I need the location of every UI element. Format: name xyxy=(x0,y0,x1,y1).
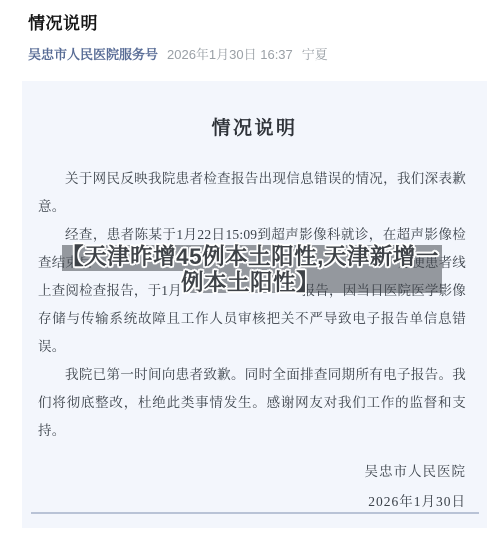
statement-line: 持。 xyxy=(38,417,466,445)
statement-line: 关于网民反映我院患者检查报告出现信息错误的情况，我们深表歉 xyxy=(38,165,466,193)
statement-line: 误。 xyxy=(38,333,466,361)
post-timestamp: 2026年1月30日 16:37 xyxy=(167,44,293,63)
statement-line: 我院已第一时间向患者致歉。同时全面排查同期所有电子报告。我 xyxy=(38,361,466,389)
statement-image[interactable]: 情况说明 关于网民反映我院患者检查报告出现信息错误的情况，我们深表歉 意。 经查… xyxy=(22,81,487,528)
statement-body: 关于网民反映我院患者检查报告出现信息错误的情况，我们深表歉 意。 经查，患者陈某… xyxy=(38,165,466,445)
account-link[interactable]: 吴忠市人民医院服务号 xyxy=(28,44,158,63)
page: { "header": { "title": "情况说明", "account"… xyxy=(0,0,500,538)
statement-signature-block: 吴忠市人民医院 2026年1月30日 xyxy=(22,457,487,517)
caption-line: 例本土阳性】 xyxy=(0,270,500,296)
caption-line: 【天津昨增45例本土阳性,天津新增一 xyxy=(0,244,500,270)
statement-title: 情况说明 xyxy=(22,115,487,143)
post-meta: 吴忠市人民医院服务号 2026年1月30日 16:37 宁夏 xyxy=(28,44,480,63)
caption-overlay: 【天津昨增45例本土阳性,天津新增一 例本土阳性】 xyxy=(0,244,500,295)
post-location: 宁夏 xyxy=(302,44,328,63)
statement-signature: 吴忠市人民医院 xyxy=(22,457,466,487)
statement-divider xyxy=(31,512,479,514)
post-title: 情况说明 xyxy=(28,9,480,34)
post-header: 情况说明 吴忠市人民医院服务号 2026年1月30日 16:37 宁夏 xyxy=(28,9,480,63)
statement-line: 们将彻底整改，杜绝此类事情发生。感谢网友对我们工作的监督和支 xyxy=(38,389,466,417)
statement-line: 存储与传输系统故障且工作人员审核把关不严导致电子报告单信息错 xyxy=(38,305,466,333)
statement-line: 意。 xyxy=(38,193,466,221)
